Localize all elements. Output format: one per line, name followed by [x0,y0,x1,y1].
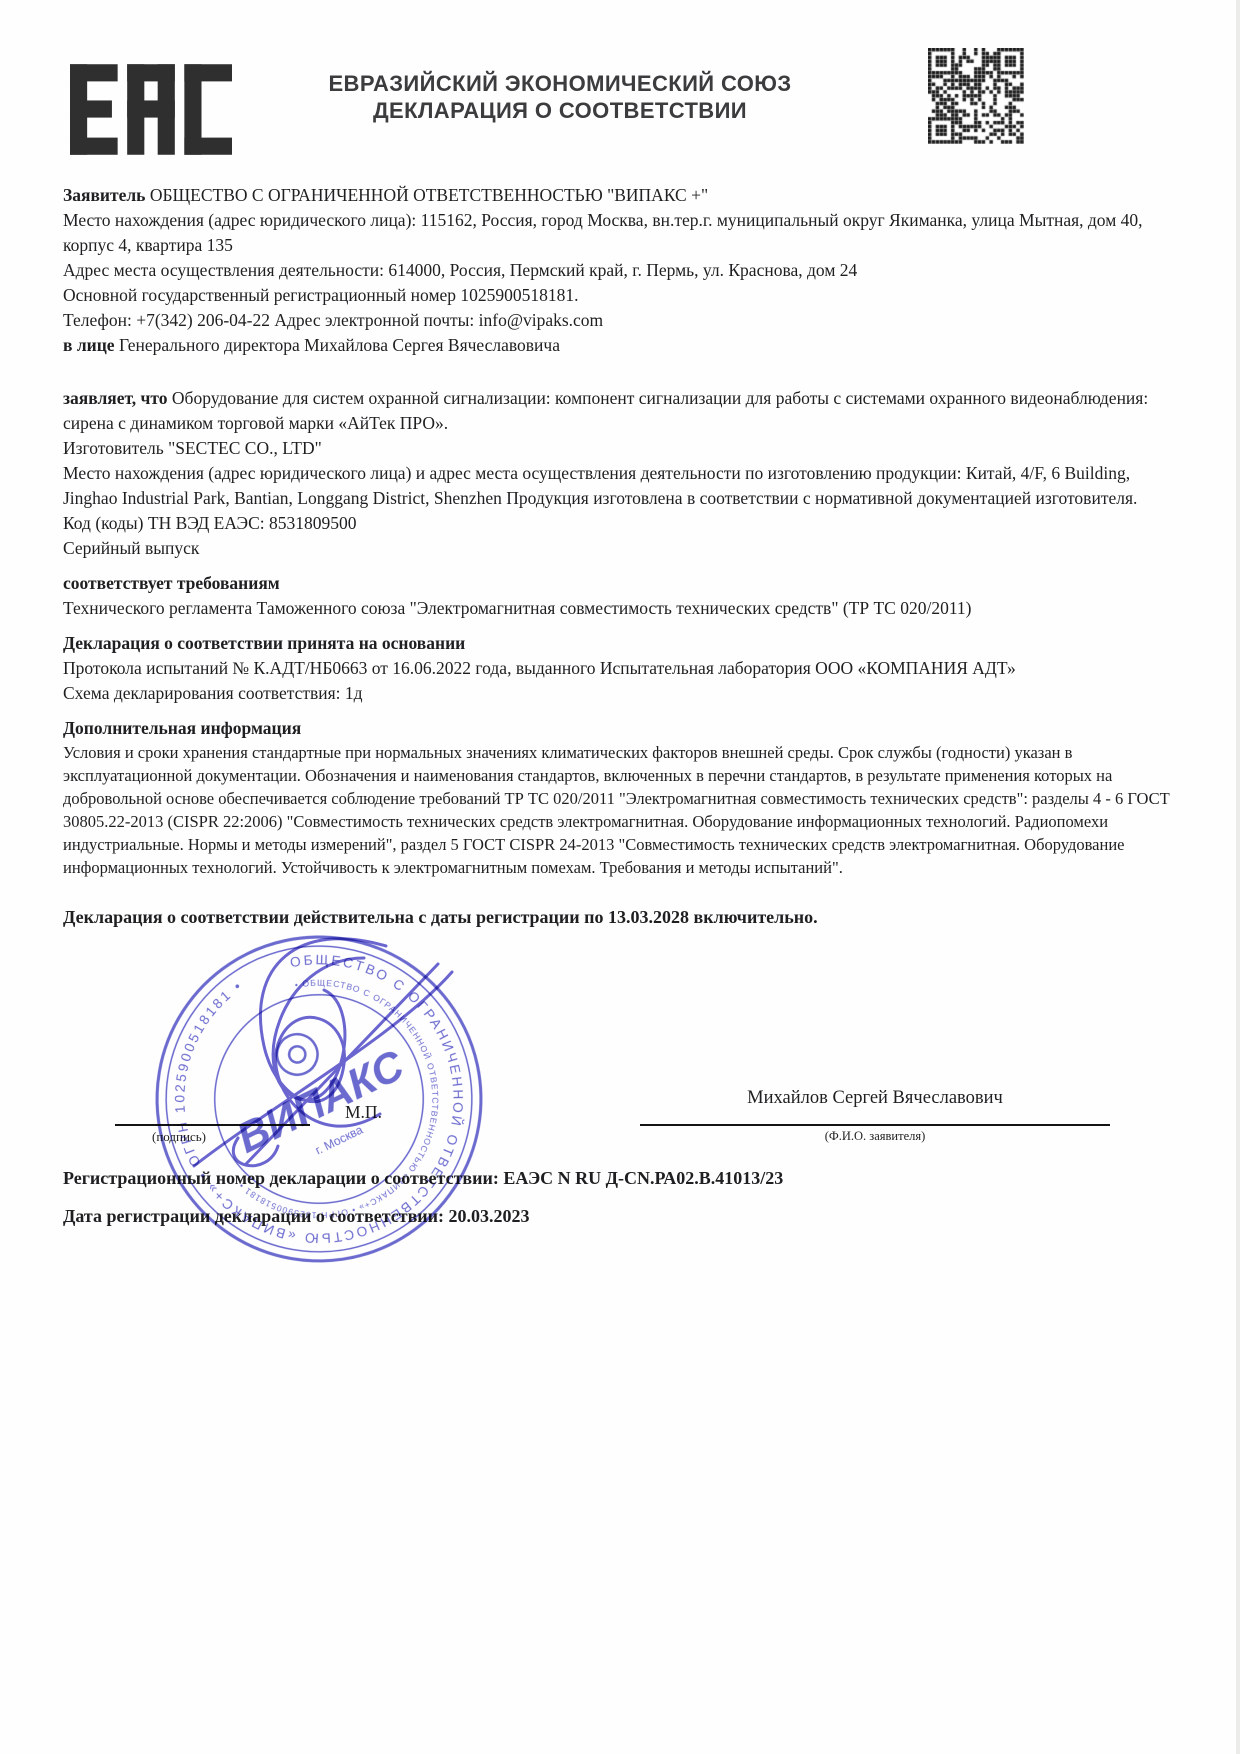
applicant-name: ОБЩЕСТВО С ОГРАНИЧЕННОЙ ОТВЕТСТВЕННОСТЬЮ… [145,185,708,205]
product-line: заявляет, что Оборудование для систем ох… [63,386,1183,436]
serial-issue: Серийный выпуск [63,536,1183,561]
declaration-document: ЕВРАЗИЙСКИЙ ЭКОНОМИЧЕСКИЙ СОЮЗ ДЕКЛАРАЦИ… [0,0,1240,1754]
representative-name: Генерального директора Михайлова Сергея … [115,335,560,355]
additional-info: Условия и сроки хранения стандартные при… [63,741,1183,879]
applicant-activity-address: Адрес места осуществления деятельности: … [63,258,1183,283]
product-description: Оборудование для систем охранной сигнали… [63,388,1148,433]
applicant-contacts: Телефон: +7(342) 206-04-22 Адрес электро… [63,308,1183,333]
applicant-line: Заявитель ОБЩЕСТВО С ОГРАНИЧЕННОЙ ОТВЕТС… [63,183,1183,208]
representative-line: в лице Генерального директора Михайлова … [63,333,1183,358]
validity-line: Декларация о соответствии действительна … [63,905,1183,930]
regulations: Технического регламента Таможенного союз… [63,596,1183,621]
tnved-code: Код (коды) ТН ВЭД ЕАЭС: 8531809500 [63,511,1183,536]
applicant-ogrn: Основной государственный регистрационный… [63,283,1183,308]
complies-label: соответствует требованиям [63,571,1183,596]
title-line-2: ДЕКЛАРАЦИЯ О СООТВЕТСТВИИ [250,97,870,124]
eac-logo-icon [70,62,232,157]
fio-caption: (Ф.И.О. заявителя) [640,1129,1110,1144]
manufacturer-address: Место нахождения (адрес юридического лиц… [63,461,1183,511]
applicant-legal-address: Место нахождения (адрес юридического лиц… [63,208,1183,258]
signatory-name: Михайлов Сергей Вячеславович [640,1088,1110,1109]
title-line-1: ЕВРАЗИЙСКИЙ ЭКОНОМИЧЕСКИЙ СОЮЗ [250,70,870,97]
document-title: ЕВРАЗИЙСКИЙ ЭКОНОМИЧЕСКИЙ СОЮЗ ДЕКЛАРАЦИ… [250,70,870,124]
representative-label: в лице [63,335,115,355]
fio-line [640,1124,1110,1126]
basis-label: Декларация о соответствии принята на осн… [63,631,1183,656]
declares-label: заявляет, что [63,388,168,408]
basis-protocol: Протокола испытаний № К.АДТ/НБ0663 от 16… [63,656,1183,681]
document-body: Заявитель ОБЩЕСТВО С ОГРАНИЧЕННОЙ ОТВЕТС… [63,183,1183,930]
scheme: Схема декларирования соответствия: 1д [63,681,1183,706]
handwritten-signature [128,928,468,1193]
manufacturer-line: Изготовитель "SECTEC CO., LTD" [63,436,1183,461]
applicant-label: Заявитель [63,185,145,205]
qr-code-icon [928,48,1024,144]
additional-label: Дополнительная информация [63,716,1183,741]
